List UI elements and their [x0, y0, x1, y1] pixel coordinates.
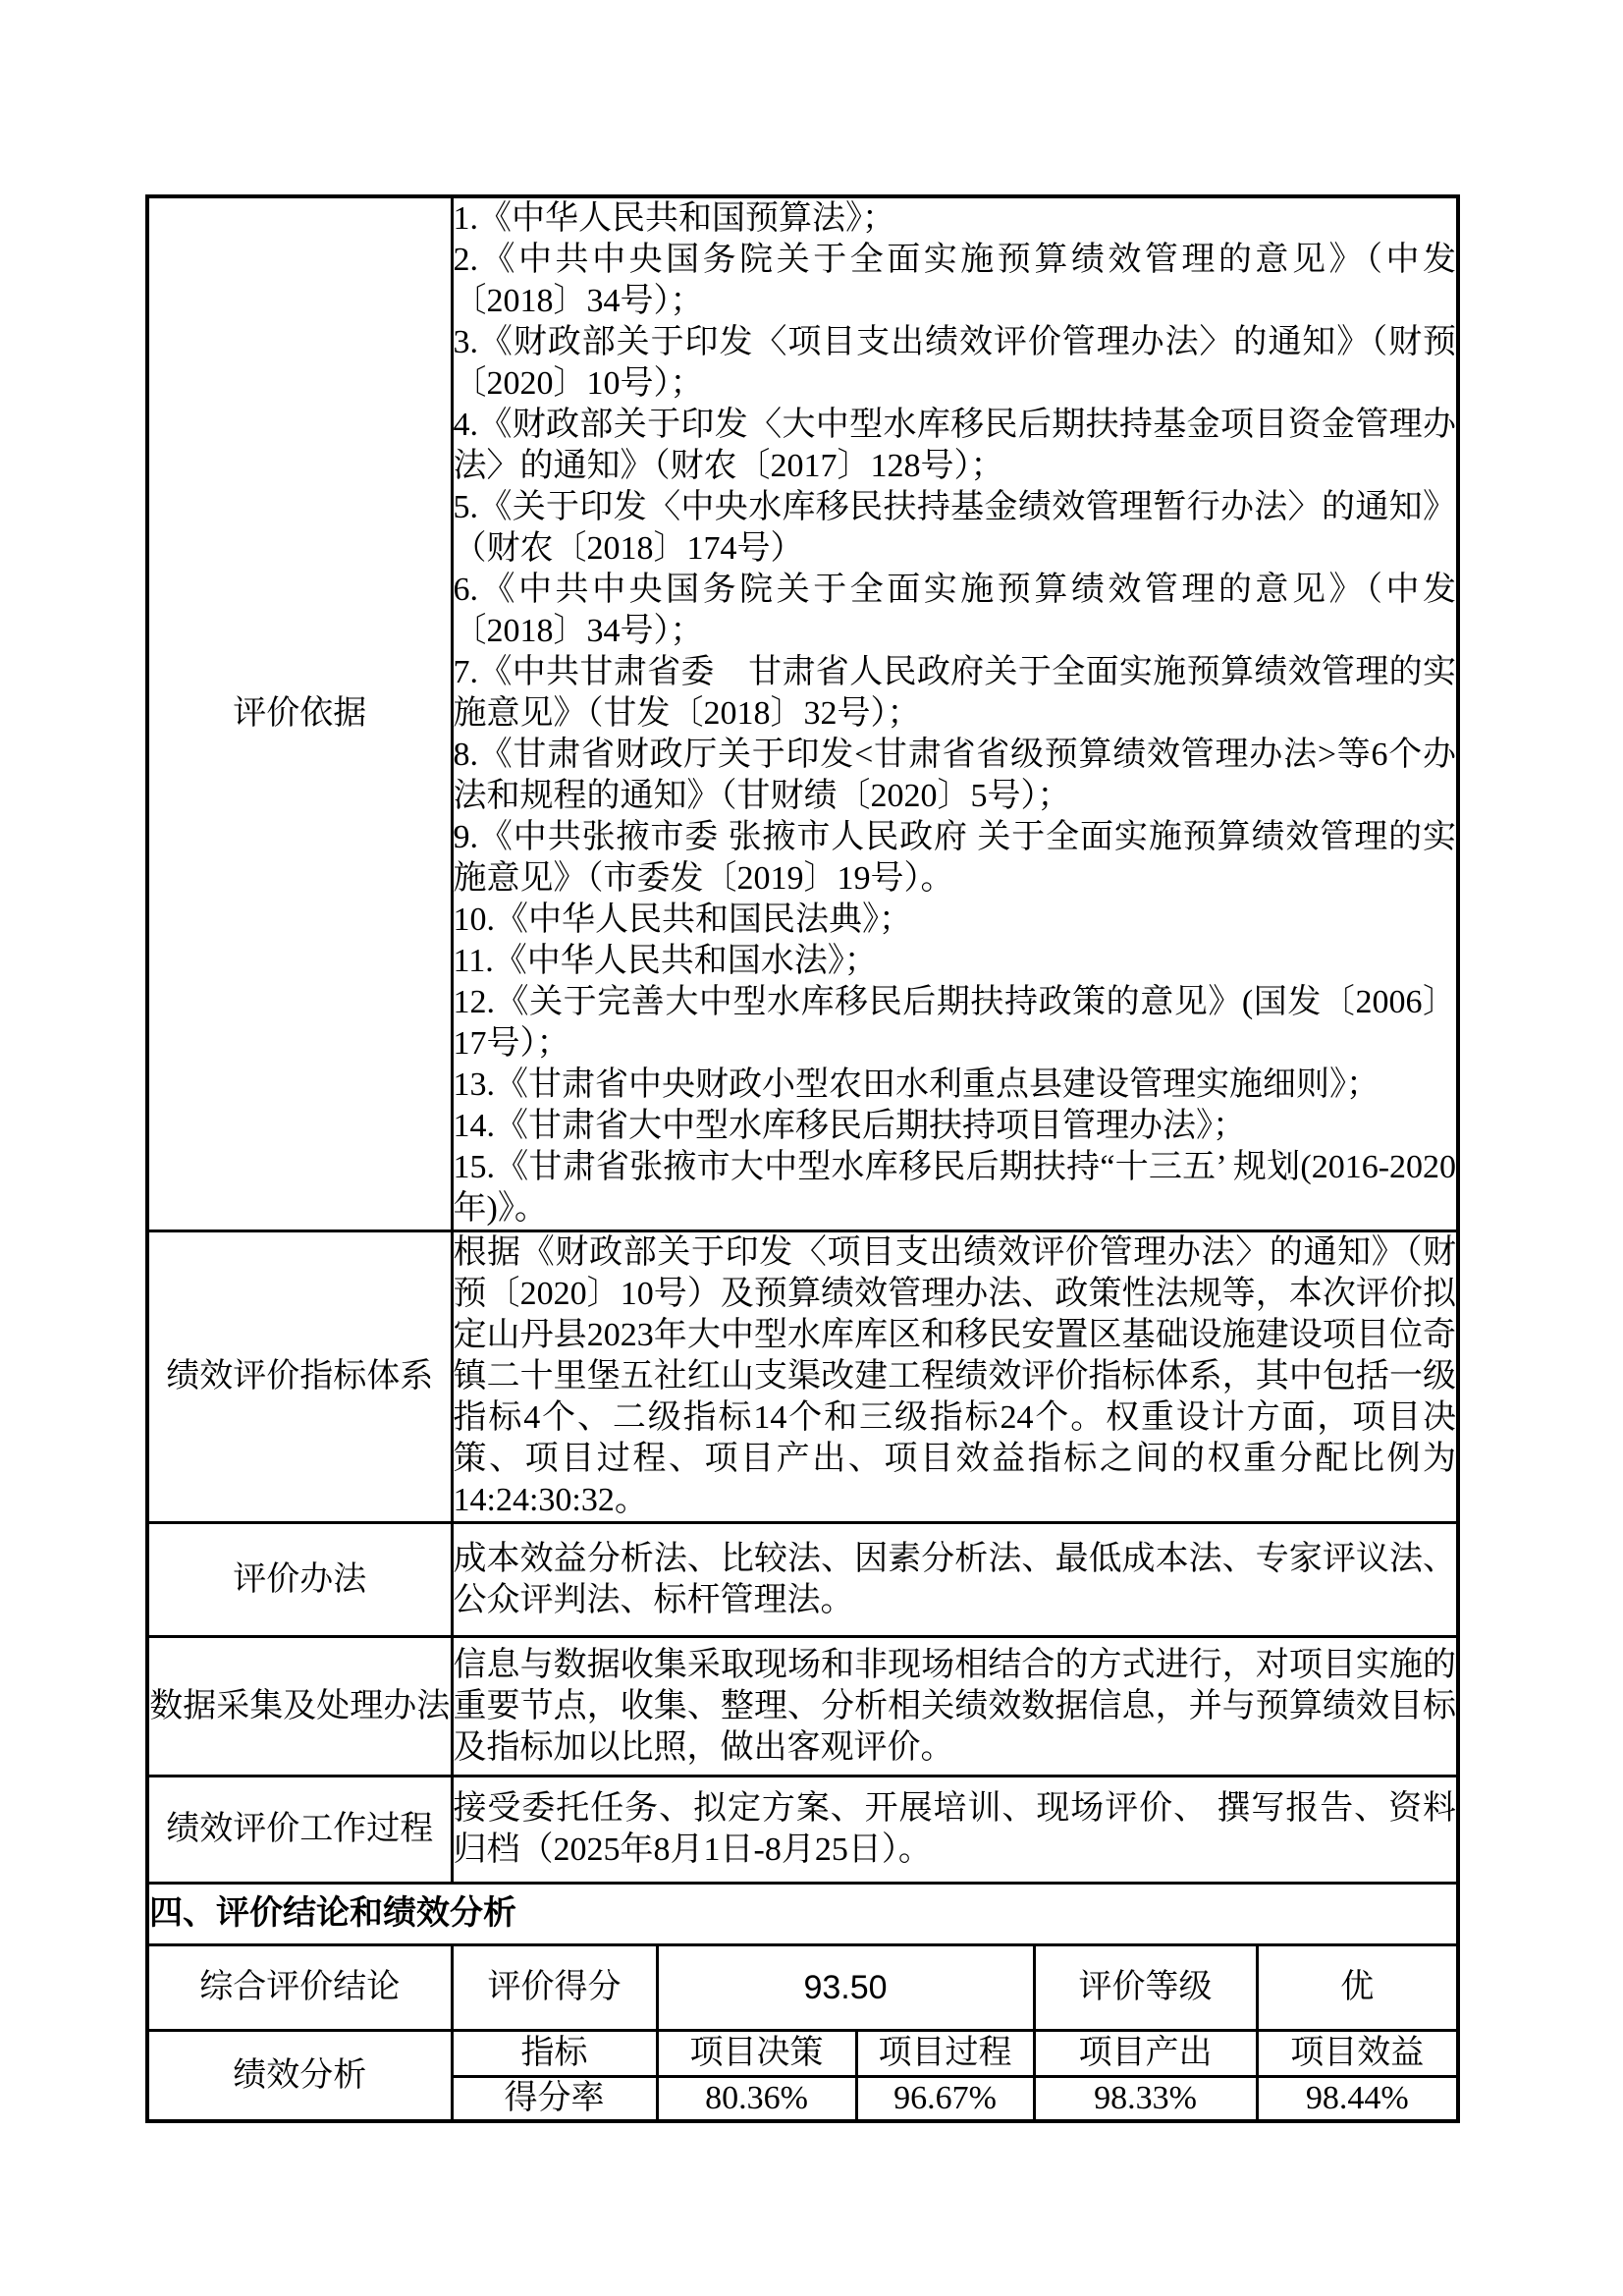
work-process-label: 绩效评价工作过程	[147, 1777, 452, 1884]
score-label: 评价得分	[452, 1945, 657, 2031]
data-collection-label: 数据采集及处理办法	[147, 1637, 452, 1777]
table-row: 绩效评价指标体系 根据《财政部关于印发〈项目支出绩效评价管理办法〉的通知》（财预…	[147, 1231, 1458, 1523]
indicator-header-label: 指标	[452, 2031, 657, 2077]
data-collection-content: 信息与数据收集采取现场和非现场相结合的方式进行，对项目实施的重要节点，收集、整理…	[452, 1637, 1458, 1777]
evaluation-method-label: 评价办法	[147, 1523, 452, 1637]
indicator-process: 项目过程	[856, 2031, 1034, 2077]
indicator-output: 项目产出	[1034, 2031, 1257, 2077]
rate-process: 96.67%	[856, 2077, 1034, 2122]
rate-header-label: 得分率	[452, 2077, 657, 2122]
grade-label: 评价等级	[1034, 1945, 1257, 2031]
work-process-content: 接受委托任务、拟定方案、开展培训、现场评价、 撰写报告、资料归档（2025年8月…	[452, 1777, 1458, 1884]
performance-analysis-label: 绩效分析	[147, 2031, 452, 2122]
table-row: 评价办法 成本效益分析法、比较法、因素分析法、最低成本法、专家评议法、公众评判法…	[147, 1523, 1458, 1637]
evaluation-basis-content: 1.《中华人民共和国预算法》； 2.《中共中央国务院关于全面实施预算绩效管理的意…	[452, 196, 1458, 1231]
table-row: 数据采集及处理办法 信息与数据收集采取现场和非现场相结合的方式进行，对项目实施的…	[147, 1637, 1458, 1777]
indicator-system-label: 绩效评价指标体系	[147, 1231, 452, 1523]
evaluation-table: 评价依据 1.《中华人民共和国预算法》； 2.《中共中央国务院关于全面实施预算绩…	[145, 194, 1460, 2123]
overall-conclusion-label: 综合评价结论	[147, 1945, 452, 2031]
score-value: 93.50	[657, 1945, 1034, 2031]
evaluation-basis-label: 评价依据	[147, 196, 452, 1231]
table-row: 评价依据 1.《中华人民共和国预算法》； 2.《中共中央国务院关于全面实施预算绩…	[147, 196, 1458, 1231]
indicator-decision: 项目决策	[657, 2031, 856, 2077]
analysis-indicator-row: 绩效分析 指标 项目决策 项目过程 项目产出 项目效益	[147, 2031, 1458, 2077]
evaluation-method-content: 成本效益分析法、比较法、因素分析法、最低成本法、专家评议法、公众评判法、标杆管理…	[452, 1523, 1458, 1637]
indicator-system-content: 根据《财政部关于印发〈项目支出绩效评价管理办法〉的通知》（财预〔2020〕10号…	[452, 1231, 1458, 1523]
rate-decision: 80.36%	[657, 2077, 856, 2122]
section4-title: 四、评价结论和绩效分析	[147, 1884, 1458, 1945]
conclusion-row: 综合评价结论 评价得分 93.50 评价等级 优	[147, 1945, 1458, 2031]
grade-value: 优	[1257, 1945, 1458, 2031]
section-header-row: 四、评价结论和绩效分析	[147, 1884, 1458, 1945]
table-row: 绩效评价工作过程 接受委托任务、拟定方案、开展培训、现场评价、 撰写报告、资料归…	[147, 1777, 1458, 1884]
rate-benefit: 98.44%	[1257, 2077, 1458, 2122]
indicator-benefit: 项目效益	[1257, 2031, 1458, 2077]
rate-output: 98.33%	[1034, 2077, 1257, 2122]
